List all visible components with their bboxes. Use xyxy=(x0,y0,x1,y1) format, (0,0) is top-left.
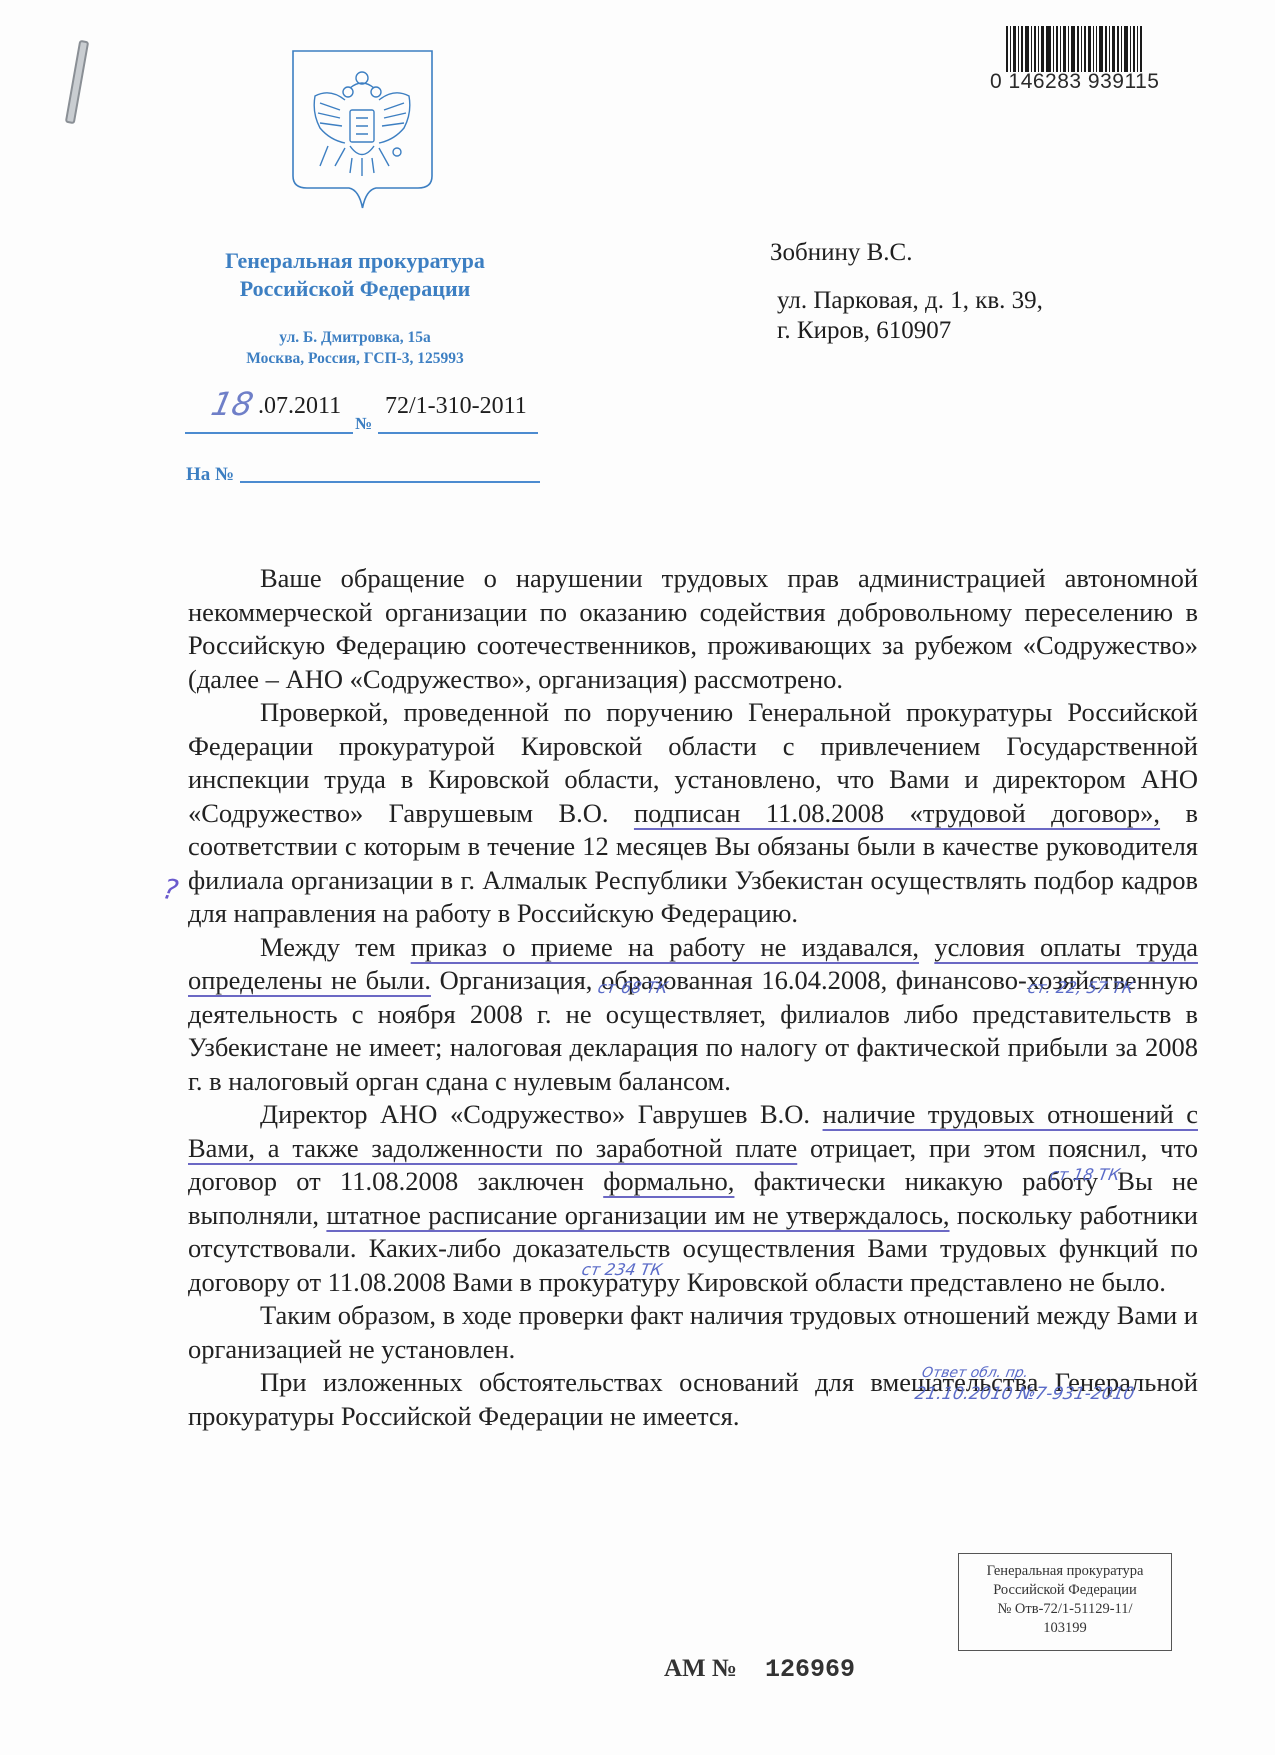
underlined-text: подписан 11.08.2008 «трудовой договор», xyxy=(634,798,1160,828)
stamp-line4: 103199 xyxy=(959,1619,1171,1638)
serial-number: 126969 xyxy=(765,1655,855,1684)
text xyxy=(919,932,934,962)
recipient-block: Зобнину В.С. ул. Парковая, д. 1, кв. 39,… xyxy=(770,238,1043,346)
form-serial: АМ №126969 xyxy=(664,1655,855,1684)
number-label: № xyxy=(355,414,372,434)
text: Директор АНО «Содружество» Гаврушев В.О. xyxy=(260,1099,823,1129)
margin-question-mark: ? xyxy=(160,872,180,907)
paragraph-1: Ваше обращение о нарушении трудовых прав… xyxy=(188,562,1198,696)
registration-stamp: Генеральная прокуратура Российской Федер… xyxy=(958,1553,1172,1651)
handwritten-note-18: ст 18 ТК xyxy=(1048,1165,1121,1184)
org-name: Генеральная прокуратура Российской Федер… xyxy=(185,247,525,303)
number-line xyxy=(378,432,538,434)
handwritten-note-68: ст 68 ТК xyxy=(596,978,669,997)
recipient-name: Зобнину В.С. xyxy=(770,238,1043,268)
reply-to-label: На № xyxy=(186,464,234,486)
recipient-address-line2: г. Киров, 610907 xyxy=(770,316,1043,346)
handwritten-note-answer-line2: 21.10.2010 №7-931-2010 xyxy=(913,1384,1136,1404)
paragraph-5: Таким образом, в ходе проверки факт нали… xyxy=(188,1299,1198,1366)
paragraph-4: Директор АНО «Содружество» Гаврушев В.О.… xyxy=(188,1098,1198,1299)
underlined-text: приказ о приеме на работу не издавался, xyxy=(411,932,919,962)
handwritten-note-answer-line1: Ответ обл. пр. xyxy=(921,1365,1030,1381)
russian-coat-of-arms-icon xyxy=(290,48,435,213)
recipient-address-line1: ул. Парковая, д. 1, кв. 39, xyxy=(770,286,1043,316)
handwritten-note-22-57: ст. 22, 57 ТК xyxy=(1026,978,1135,997)
barcode-number: 0 146283 939115 xyxy=(990,70,1159,94)
org-name-line1: Генеральная прокуратура xyxy=(185,247,525,275)
letter-body: Ваше обращение о нарушении трудовых прав… xyxy=(188,562,1198,1433)
stamp-line2: Российской Федерации xyxy=(959,1581,1171,1600)
serial-label: АМ № xyxy=(664,1655,737,1682)
text: Между тем xyxy=(260,932,411,962)
org-name-line2: Российской Федерации xyxy=(185,275,525,303)
paragraph-3: Между тем приказ о приеме на работу не и… xyxy=(188,931,1198,1099)
letter-date: .07.2011 xyxy=(258,393,341,420)
handwritten-note-234: ст 234 ТК xyxy=(580,1260,663,1279)
barcode xyxy=(1006,26,1166,72)
paragraph-2: Проверкой, проведенной по поручению Гене… xyxy=(188,696,1198,931)
handwritten-day: 18 xyxy=(208,385,257,423)
org-address-line2: Москва, Россия, ГСП-3, 125993 xyxy=(190,348,520,369)
stamp-line1: Генеральная прокуратура xyxy=(959,1562,1171,1581)
stamp-line3: № Отв-72/1-51129-11/ xyxy=(959,1600,1171,1619)
org-address: ул. Б. Дмитровка, 15а Москва, Россия, ГС… xyxy=(190,327,520,369)
org-address-line1: ул. Б. Дмитровка, 15а xyxy=(190,327,520,348)
underlined-text: формально, xyxy=(603,1166,734,1196)
date-line xyxy=(185,432,353,434)
letter-number: 72/1-310-2011 xyxy=(385,393,527,420)
underlined-text: штатное расписание организации им не утв… xyxy=(326,1200,949,1230)
staple-mark xyxy=(65,40,89,124)
reply-to-line xyxy=(240,481,540,483)
